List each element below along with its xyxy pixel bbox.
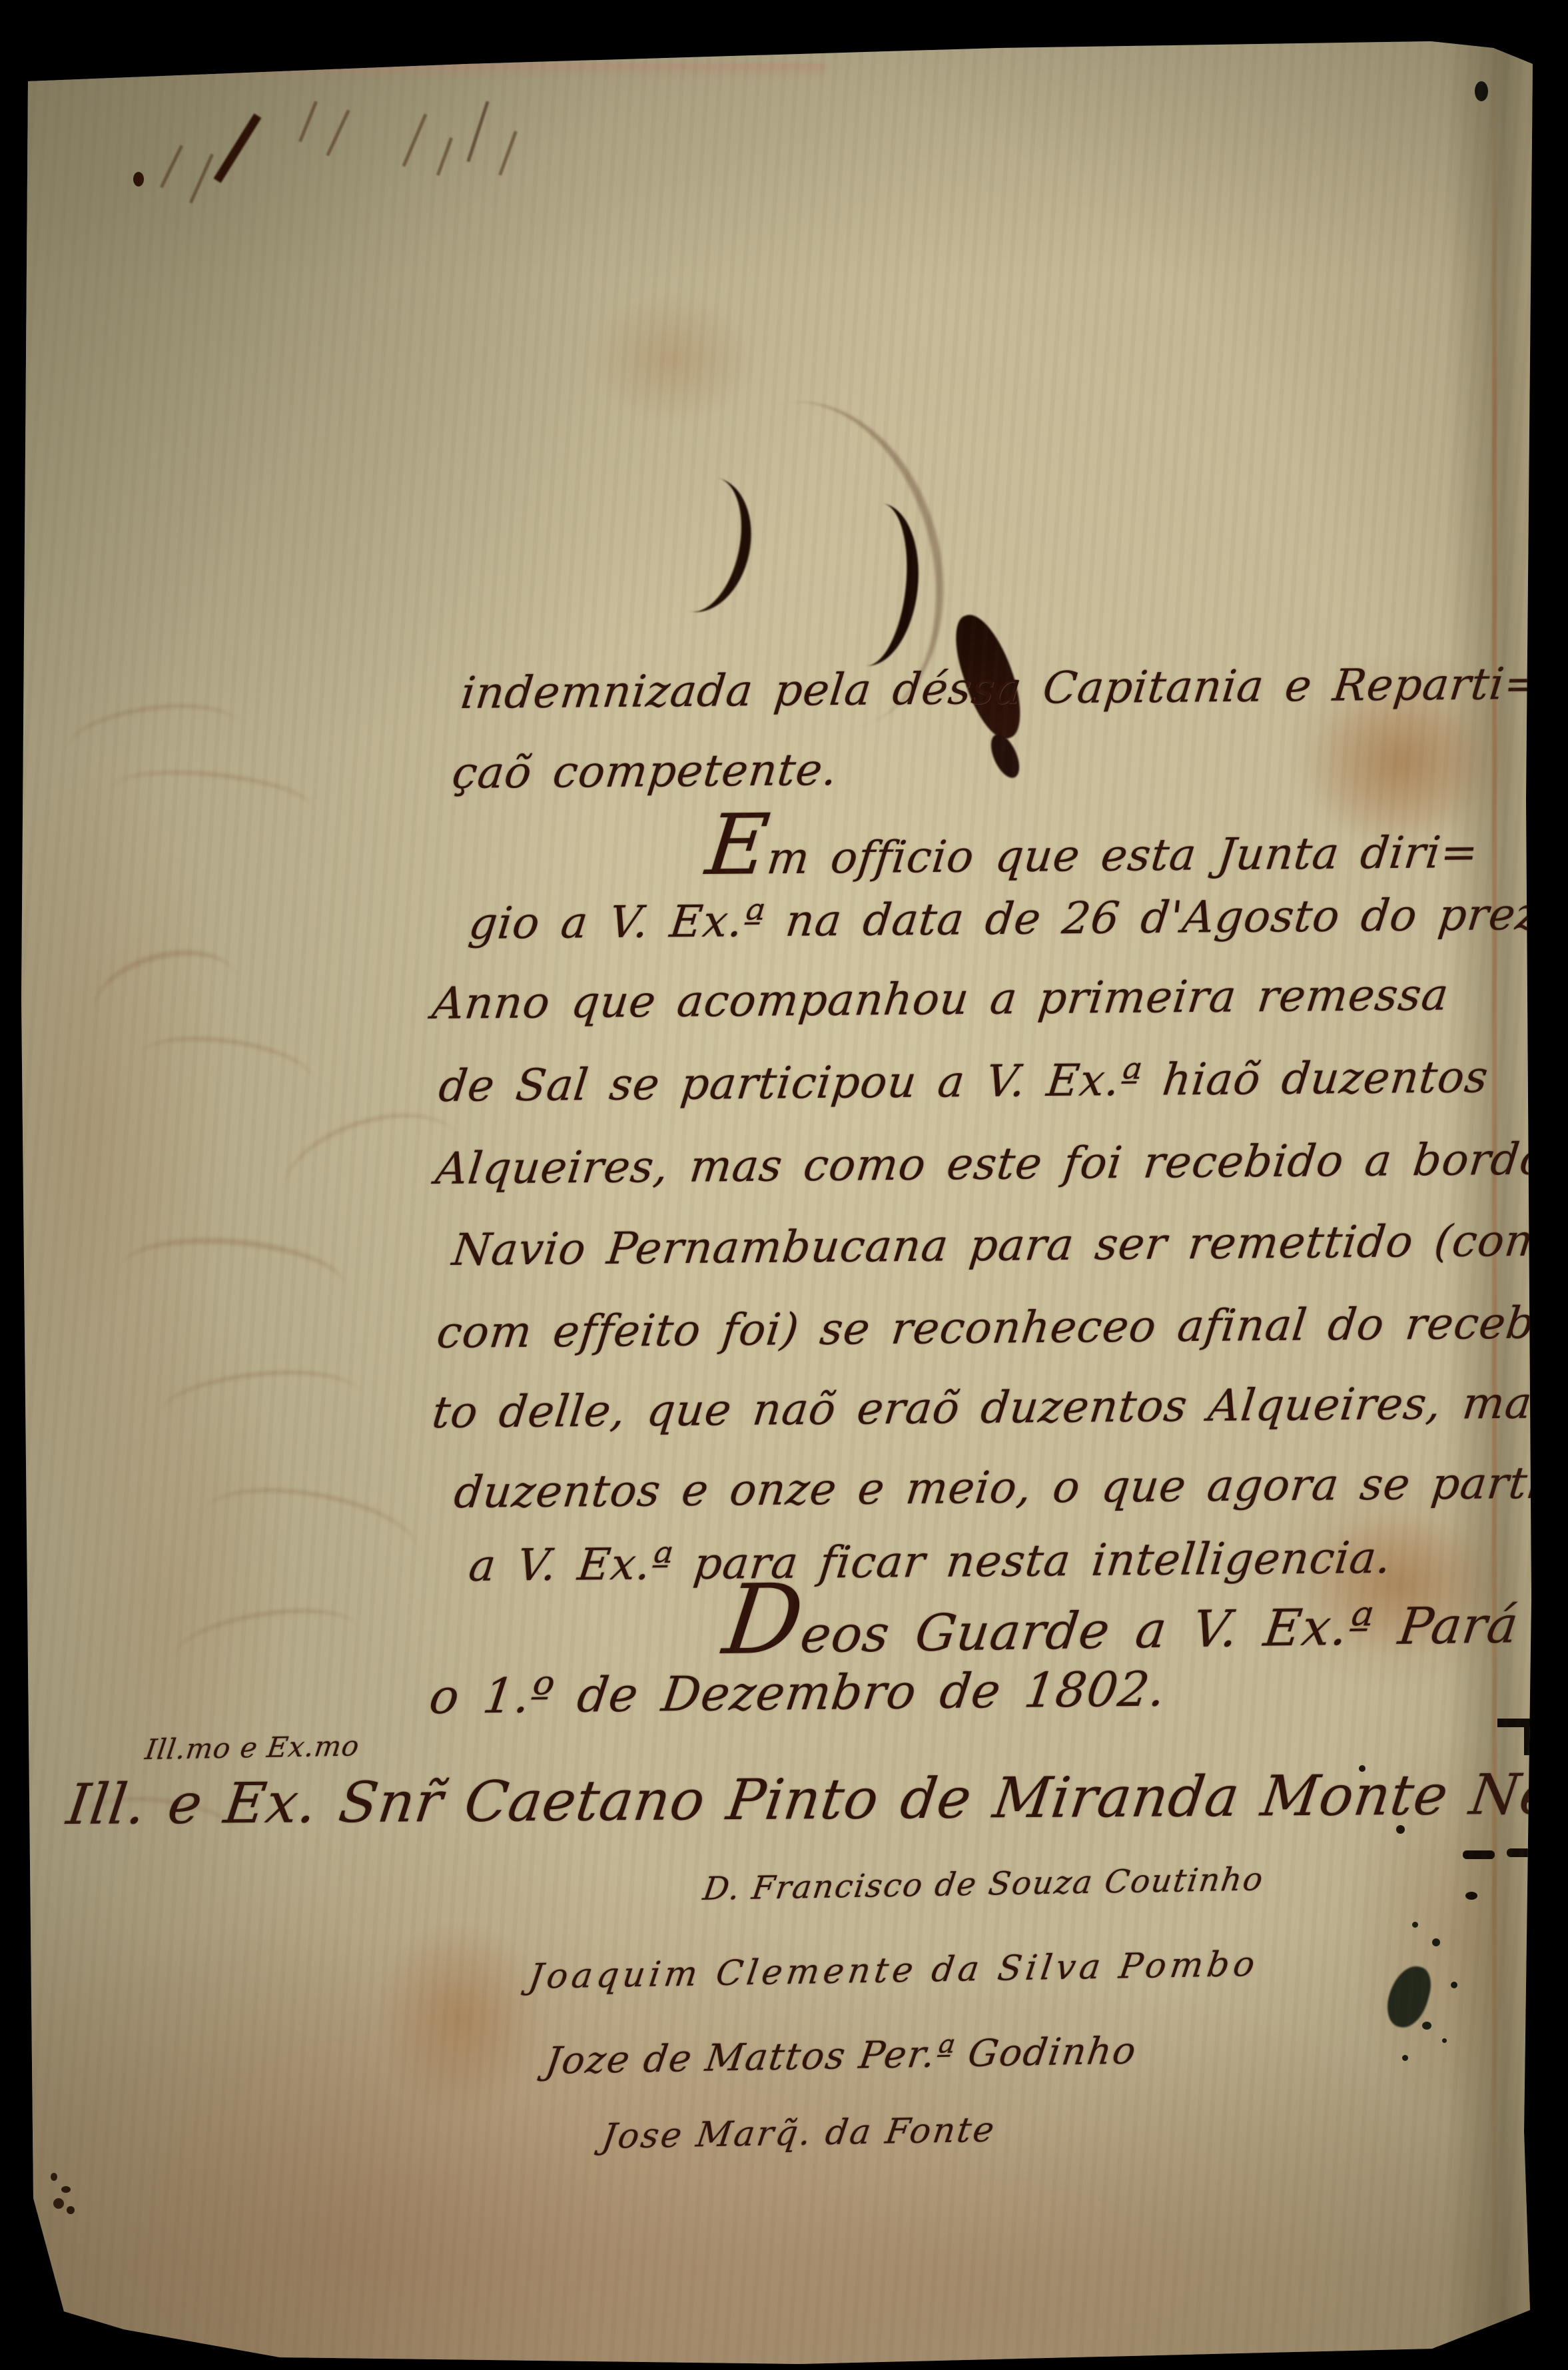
- photographed-manuscript-page: { "page": { "description": "Photograph o…: [0, 0, 1568, 2370]
- margin-mark-L: [1497, 1719, 1534, 1755]
- letter-line: com effeito foi) se reconheceo afinal do…: [434, 1296, 1568, 1358]
- valediction-line: Deos Guarde a V. Ex.ª Pará: [719, 1581, 1524, 1665]
- margin-dash: [1507, 1848, 1535, 1857]
- foxing-stain: [373, 1918, 546, 2118]
- letter-line: Alqueires, mas como este foi recebido a …: [433, 1132, 1568, 1194]
- bleedthrough-stroke: [195, 1473, 426, 1594]
- faded-ink-scratch: [436, 137, 453, 176]
- signature: D. Francisco de Souza Coutinho: [701, 1860, 1266, 1908]
- letter-line: to delle, que naõ eraõ duzentos Alqueire…: [430, 1376, 1568, 1438]
- faded-ink-scratch: [402, 113, 428, 167]
- ink-blot: [985, 730, 1025, 782]
- ink-speck: [67, 2206, 75, 2214]
- addressee-superscript: Ill.mo e Ex.mo: [143, 1729, 362, 1766]
- paper-hole: [1475, 81, 1488, 101]
- letter-line: a V. Ex.ª para ficar nesta intelligencia…: [466, 1532, 1394, 1591]
- ink-speck: [61, 2186, 71, 2193]
- letter-line: duzentos e onze e meio, o que agora se p…: [452, 1457, 1568, 1518]
- letter-line: de Sal se participou a V. Ex.ª hiaõ duze…: [436, 1051, 1491, 1112]
- foxing-stain: [586, 293, 759, 426]
- letter-line: indemnizada pela déssa Capitania e Repar…: [458, 658, 1545, 719]
- faded-ink-scratch: [189, 153, 214, 203]
- ink-speck: [53, 2198, 64, 2209]
- bleedthrough-stroke: [157, 1362, 362, 1447]
- ink-dot: [133, 172, 144, 187]
- margin-dash: [1463, 1850, 1495, 1859]
- letter-line: çaõ competente.: [450, 744, 841, 799]
- addressee-line: Ill. e Ex. Snr̃ Caetano Pinto de Miranda…: [63, 1761, 1568, 1837]
- ink-speck: [1442, 2038, 1447, 2043]
- faded-ink-scratch: [214, 113, 262, 183]
- top-edge-tint: [93, 63, 826, 78]
- bleedthrough-stroke: [63, 694, 244, 781]
- faded-ink-scratch: [498, 131, 518, 175]
- ink-speck: [51, 2173, 57, 2181]
- letter-line: Em officio que esta Junta diri=: [703, 814, 1483, 885]
- signature: Jose Marq̃. da Fonte: [599, 2110, 998, 2157]
- ink-speck: [1465, 1892, 1477, 1900]
- letter-line: gio a V. Ex.ª na data de 26 d'Agosto do …: [466, 888, 1568, 949]
- dateline: o 1.º de Dezembro de 1802.: [426, 1661, 1169, 1725]
- letter-line: Anno que acompanhou a primeira remessa: [430, 969, 1451, 1029]
- manuscript-paper-sheet: indemnizada pela déssa Capitania e Repar…: [0, 0, 1568, 2370]
- faded-ink-scratch: [326, 109, 350, 156]
- signature: Joaquim Clemente da Silva Pombo: [526, 1944, 1261, 1997]
- ink-speck: [1422, 2022, 1431, 2030]
- bleedthrough-stroke: [111, 763, 315, 834]
- ink-speck: [1432, 1938, 1440, 1946]
- faded-ink-scratch: [466, 101, 489, 163]
- letter-line: Navio Pernambucana para ser remettido (c…: [450, 1214, 1568, 1276]
- bleedthrough-stroke: [117, 1229, 349, 1328]
- ink-speck: [1451, 1982, 1457, 1988]
- ink-speck: [1402, 2055, 1408, 2061]
- bleedthrough-stroke: [169, 1598, 364, 1691]
- bleedthrough-stroke: [137, 1027, 316, 1108]
- faded-ink-scratch: [298, 101, 318, 142]
- ink-speck: [1412, 1922, 1418, 1928]
- bleedthrough-stroke: [85, 936, 248, 1054]
- faded-ink-scratch: [160, 145, 183, 188]
- signature: Joze de Mattos Per.ª Godinho: [543, 2030, 1140, 2083]
- right-edge-stain: [1492, 53, 1497, 2318]
